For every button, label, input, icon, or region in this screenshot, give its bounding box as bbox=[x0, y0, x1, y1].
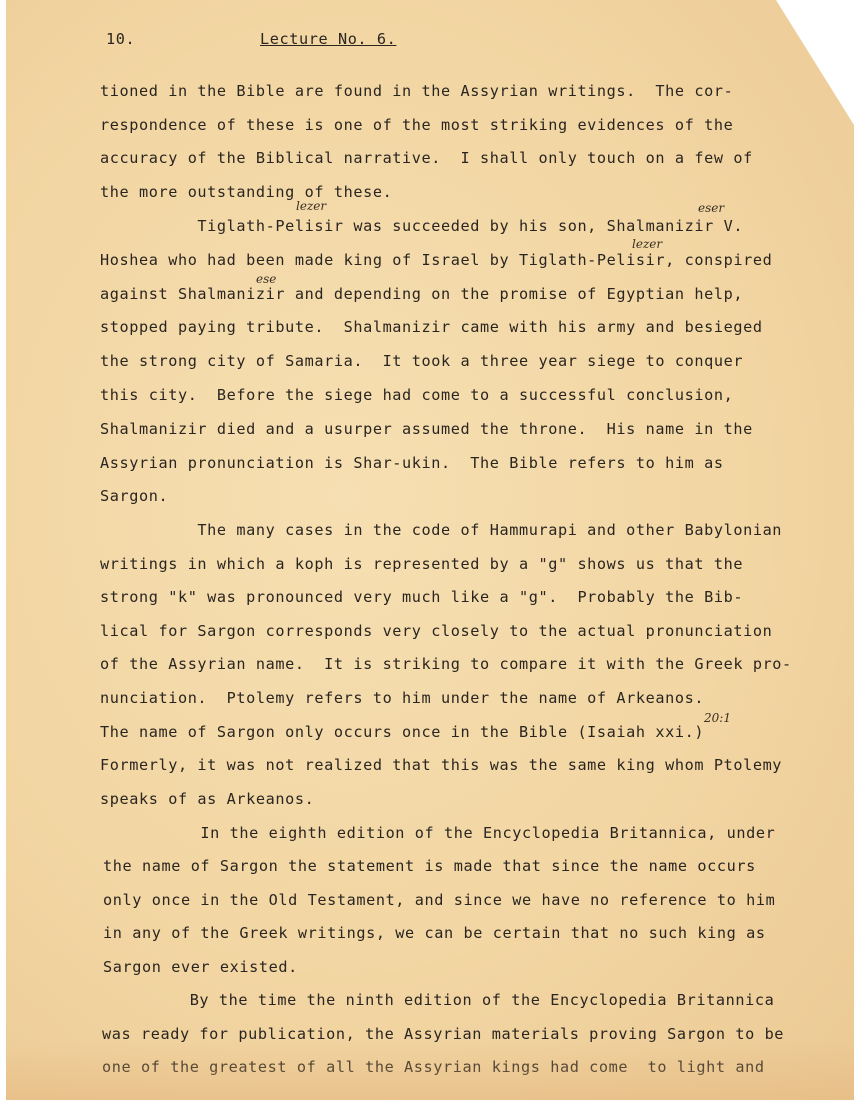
text-line: stopped paying tribute. Shalmanizir came… bbox=[100, 320, 763, 335]
text-line: Tiglath-Pelisir was succeeded by his son… bbox=[100, 219, 743, 234]
text-line: respondence of these is one of the most … bbox=[100, 118, 733, 133]
lecture-title: Lecture No. 6. bbox=[260, 32, 396, 47]
text-line: tioned in the Bible are found in the Ass… bbox=[100, 84, 733, 99]
text-line: of the Assyrian name. It is striking to … bbox=[100, 657, 792, 672]
handwritten-annotation: ese bbox=[256, 272, 276, 286]
text-line: Assyrian pronunciation is Shar-ukin. The… bbox=[100, 456, 724, 471]
text-line: In the eighth edition of the Encyclopedi… bbox=[103, 826, 775, 841]
handwritten-annotation: 20:1 bbox=[704, 711, 731, 725]
text-line: The name of Sargon only occurs once in t… bbox=[100, 725, 704, 740]
text-line: Hoshea who had been made king of Israel … bbox=[100, 253, 772, 268]
text-line: one of the greatest of all the Assyrian … bbox=[102, 1060, 765, 1075]
text-line: accuracy of the Biblical narrative. I sh… bbox=[100, 151, 753, 166]
text-line: strong "k" was pronounced very much like… bbox=[100, 590, 743, 605]
text-line: Shalmanizir died and a usurper assumed t… bbox=[100, 422, 753, 437]
text-line: speaks of as Arkeanos. bbox=[100, 792, 314, 807]
text-line: writings in which a koph is represented … bbox=[100, 557, 743, 572]
text-line: was ready for publication, the Assyrian … bbox=[102, 1027, 784, 1042]
text-line: in any of the Greek writings, we can be … bbox=[103, 926, 766, 941]
text-line: Formerly, it was not realized that this … bbox=[100, 758, 782, 773]
text-line: nunciation. Ptolemy refers to him under … bbox=[100, 691, 704, 706]
text-line: Sargon. bbox=[100, 489, 168, 504]
text-line: The many cases in the code of Hammurapi … bbox=[100, 523, 782, 538]
handwritten-annotation: lezer bbox=[632, 237, 662, 251]
document-page: 10. Lecture No. 6. tioned in the Bible a… bbox=[6, 0, 854, 1100]
text-line: Sargon ever existed. bbox=[103, 960, 298, 975]
text-line: only once in the Old Testament, and sinc… bbox=[103, 893, 775, 908]
handwritten-annotation: lezer bbox=[296, 199, 326, 213]
text-line: By the time the ninth edition of the Enc… bbox=[102, 993, 774, 1008]
text-line: lical for Sargon corresponds very closel… bbox=[100, 624, 772, 639]
page-number: 10. bbox=[106, 32, 135, 47]
text-line: the more outstanding of these. bbox=[100, 185, 392, 200]
text-line: this city. Before the siege had come to … bbox=[100, 388, 733, 403]
text-line: the name of Sargon the statement is made… bbox=[103, 859, 756, 874]
handwritten-annotation: eser bbox=[698, 201, 724, 215]
text-line: against Shalmanizir and depending on the… bbox=[100, 287, 743, 302]
text-line: the strong city of Samaria. It took a th… bbox=[100, 354, 743, 369]
